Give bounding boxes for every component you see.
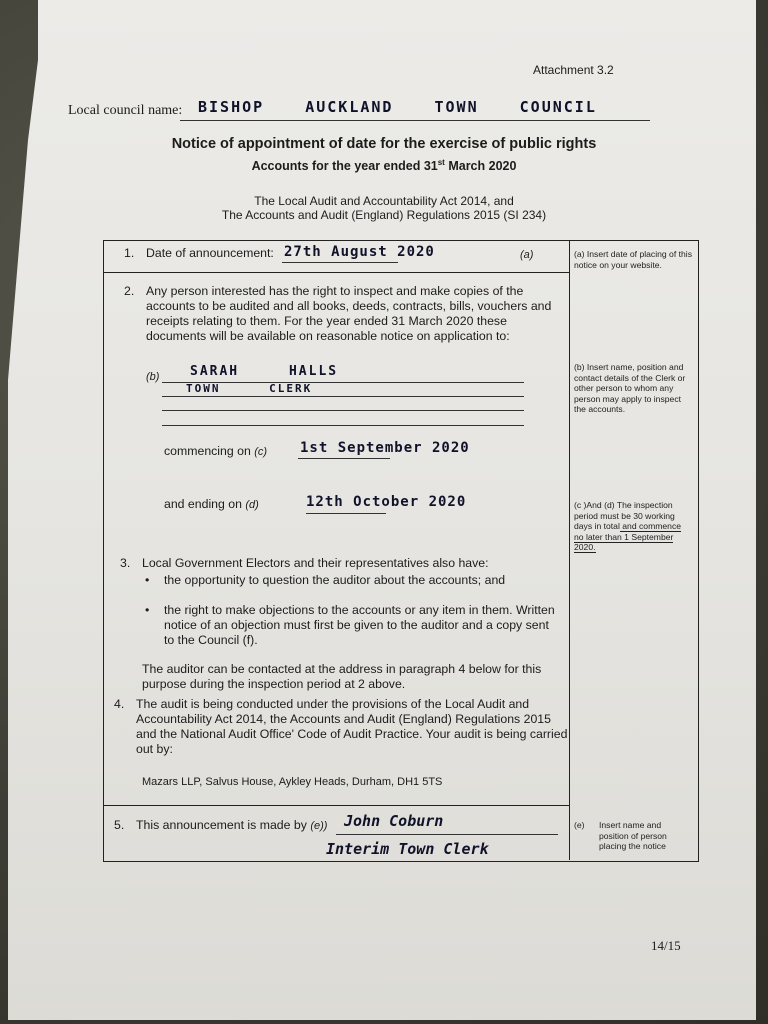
council-name-value: BISHOP AUCKLAND TOWN COUNCIL [198, 98, 597, 116]
marker-d: (d) [245, 499, 258, 511]
signature-line [336, 834, 558, 835]
marker-b: (b) [146, 370, 159, 385]
commencing-label: commencing on [164, 444, 251, 458]
contact-line-2 [162, 396, 524, 397]
section-2: 2. Any person interested has the right t… [124, 284, 554, 344]
contact-name: SARAH HALLS [190, 364, 338, 379]
section-number: 2. [124, 284, 146, 344]
commencing-line [298, 458, 390, 459]
right-make-objections: the right to make objections to the acco… [142, 603, 560, 648]
notice-subtitle: Accounts for the year ended 31st March 2… [0, 158, 768, 173]
marker-c: (c) [254, 446, 267, 458]
subtitle-sup: st [438, 158, 445, 167]
section-number: 4. [114, 697, 136, 757]
commencing-value: 1st September 2020 [300, 440, 470, 456]
section-5: 5.This announcement is made by (e)) [114, 818, 327, 834]
section-3: 3. Local Government Electors and their r… [120, 556, 560, 692]
row-divider [103, 272, 569, 273]
page-number: 14/15 [651, 938, 681, 954]
marker-a: (a) [520, 248, 533, 263]
note-b: (b) Insert name, position and contact de… [574, 362, 692, 415]
section-number: 5. [114, 818, 136, 833]
right-question-auditor: the opportunity to question the auditor … [142, 573, 560, 588]
notes-column-divider [569, 240, 570, 860]
section-number: 3. [120, 556, 142, 571]
announcement-made-by-label: This announcement is made by [136, 818, 307, 832]
acts-reference: The Local Audit and Accountability Act 2… [0, 194, 768, 222]
acts-line-1: The Local Audit and Accountability Act 2… [0, 194, 768, 208]
attachment-label: Attachment 3.2 [533, 63, 614, 77]
electors-intro: Local Government Electors and their repr… [142, 556, 489, 571]
inspection-rights-text: Any person interested has the right to i… [146, 284, 554, 344]
commencing-row: commencing on (c) [164, 444, 267, 460]
announcement-date-value: 27th August 2020 [284, 244, 435, 260]
note-e-marker: (e) [574, 820, 585, 831]
notice-title: Notice of appointment of date for the ex… [0, 136, 768, 152]
audit-provisions-text: The audit is being conducted under the p… [136, 697, 568, 757]
council-name-label: Local council name: [68, 103, 182, 119]
ending-line [306, 513, 386, 514]
note-e: Insert name and position of person placi… [599, 820, 689, 852]
contact-line-4 [162, 425, 524, 426]
note-a: (a) Insert date of placing of this notic… [574, 249, 692, 270]
marker-e: (e)) [310, 820, 327, 832]
contact-position: TOWN CLERK [186, 382, 312, 395]
section-4: 4. The audit is being conducted under th… [114, 697, 568, 790]
ending-row: and ending on (d) [164, 497, 259, 513]
section-number: 1. [124, 246, 146, 261]
ending-value: 12th October 2020 [306, 494, 466, 510]
section-1: 1.Date of announcement: [124, 246, 274, 261]
subtitle-text: Accounts for the year ended 31 [252, 159, 438, 173]
council-name-line [180, 120, 650, 121]
electors-rights-list: the opportunity to question the auditor … [142, 573, 560, 648]
announcement-date-label: Date of announcement: [146, 246, 274, 260]
subtitle-text-end: March 2020 [445, 159, 517, 173]
note-c-d: (c )And (d) The inspection period must b… [574, 500, 692, 553]
row-divider [103, 805, 569, 806]
signature: John Coburn [344, 812, 443, 830]
auditor-contact-note: The auditor can be contacted at the addr… [142, 662, 560, 692]
signatory-position: Interim Town Clerk [326, 840, 489, 858]
announcement-date-line [282, 262, 398, 263]
acts-line-2: The Accounts and Audit (England) Regulat… [0, 208, 768, 222]
auditor-address: Mazars LLP, Salvus House, Aykley Heads, … [142, 775, 568, 790]
contact-line-3 [162, 410, 524, 411]
ending-label: and ending on [164, 497, 242, 511]
